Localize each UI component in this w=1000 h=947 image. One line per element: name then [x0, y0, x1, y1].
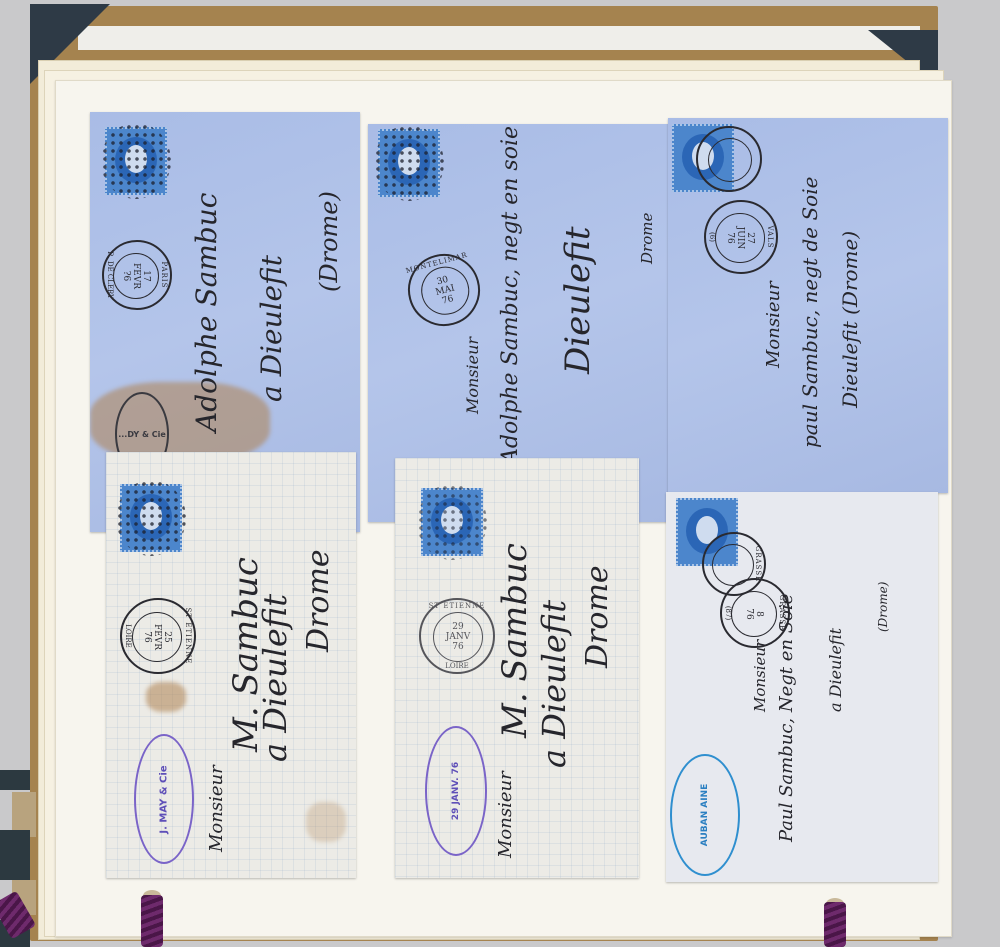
address-line: a Dieulefit	[256, 594, 294, 762]
postmark: ST ETIENNE 25FEVR76 LOIRE	[120, 598, 196, 674]
postmark	[696, 126, 762, 192]
binding-ribbon	[141, 895, 163, 947]
address-line: Paul Sambuc, Negt en Soie	[776, 594, 797, 842]
letter-5: ST ETIENNE 29JANV76 LOIRE 29 JANV. 76 Mo…	[395, 458, 639, 878]
address-line: a Dieulefit	[826, 628, 845, 712]
letter-6: GRASSE GRASSE 876 (87) AUBAN AINE Monsie…	[666, 492, 938, 882]
address-line: Dieulefit (Drome)	[838, 231, 862, 408]
postmark: VALS 27JUIN76 (6)	[704, 200, 778, 274]
binding-ribbon	[824, 902, 846, 947]
postmark: ST ETIENNE 29JANV76 LOIRE	[419, 598, 495, 674]
address-line: a Dieulefit	[255, 255, 288, 402]
stain	[306, 802, 346, 842]
address-line: Adolphe Sambuc	[190, 193, 223, 432]
stamp	[421, 488, 483, 556]
address-line: Monsieur	[495, 771, 516, 858]
stamp	[120, 484, 182, 552]
address-line: paul Sambuc, negt de Soie	[798, 177, 822, 448]
company-cachet: AUBAN AINE	[670, 754, 740, 876]
address-line: Drome	[638, 213, 656, 264]
address-line: Drome	[301, 549, 336, 652]
album-back-sheet	[78, 26, 920, 50]
address-line: Monsieur	[463, 337, 482, 414]
stamp	[105, 127, 167, 195]
address-line: Monsieur	[751, 640, 769, 712]
dotted-cancel	[374, 125, 444, 201]
address-line: Monsieur	[763, 281, 784, 368]
address-line: a Dieulefit	[535, 600, 573, 768]
dotted-cancel	[417, 484, 487, 560]
dotted-cancel	[116, 480, 186, 556]
company-cachet: J. MAY & Cie	[134, 734, 194, 864]
postmark: MONTELIMAR 30MAI76	[400, 246, 488, 334]
address-line: M. Sambuc	[495, 543, 535, 738]
letter-4: ST ETIENNE 25FEVR76 LOIRE J. MAY & Cie M…	[106, 452, 356, 878]
address-line: (Drome)	[876, 582, 890, 632]
address-line: Drome	[580, 565, 615, 668]
stain	[146, 682, 186, 712]
address-line: Adolphe Sambuc, negt en soie	[498, 126, 523, 464]
address-line: (Drome)	[315, 191, 343, 292]
letter-3: VALS 27JUIN76 (6) Monsieur paul Sambuc, …	[668, 118, 948, 493]
stamp	[378, 129, 440, 197]
address-line: Dieulefit	[558, 227, 598, 375]
dotted-cancel	[101, 123, 171, 199]
address-line: Monsieur	[206, 765, 227, 852]
postmark: PARIS 17FEVR?6 R. DE CLERY	[102, 240, 172, 310]
company-cachet: 29 JANV. 76	[425, 726, 487, 856]
